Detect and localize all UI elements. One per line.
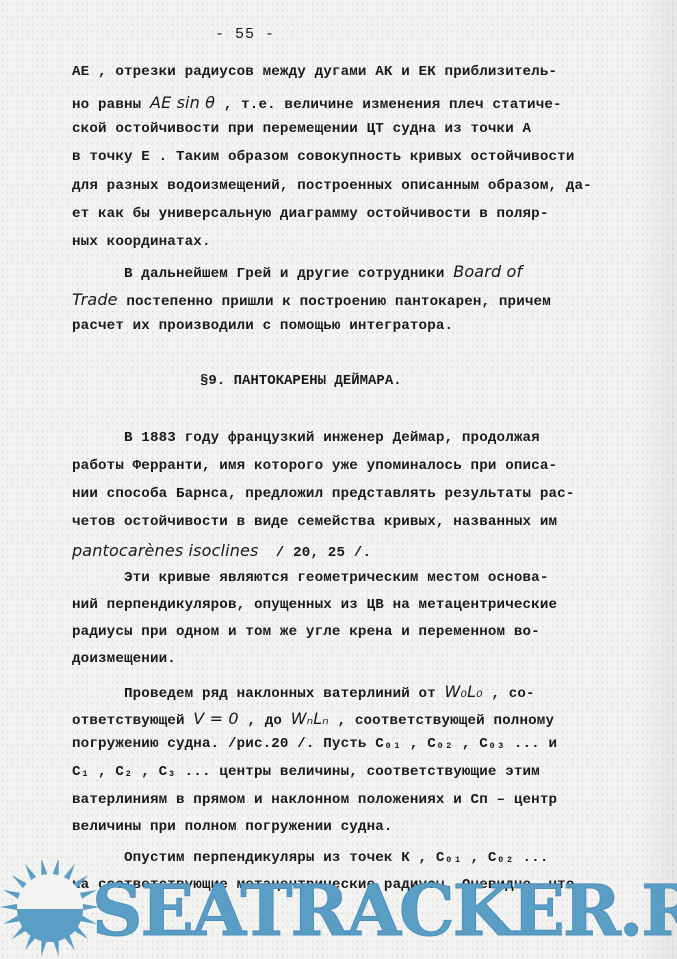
text-line: но равны AE sin θ , т.е. величине измене… [72,93,562,113]
text-line: для разных водоизмещений, построенных оп… [72,178,592,194]
text-line: в точку Е . Таким образом совокупность к… [72,149,575,165]
text-line: ответствующей V = 0 , до WₙLₙ , соответс… [72,709,554,729]
page-shadow [637,0,677,959]
text-line: ватерлиниям в прямом и наклонном положен… [72,792,557,808]
text-line: нии способа Барнса, предложил представля… [72,486,575,502]
text-line: работы Ферранти, имя которого уже упомин… [72,458,557,474]
text-line: ний перпендикуляров, опущенных из ЦВ на … [72,597,557,613]
text-line: ской остойчивости при перемещении ЦТ суд… [72,121,531,137]
text-line: Проведем ряд наклонных ватерлиний от W₀L… [72,682,535,702]
watermark-text: SEATRACKER.RU [92,876,677,946]
page-number: - 55 - [0,26,490,43]
text-line: радиусы при одном и том же угле крена и … [72,624,540,640]
text-line: В дальнейшем Грей и другие сотрудники Bo… [72,262,522,282]
text-line: Эти кривые являются геометрическим место… [72,570,549,586]
text-line: расчет их производили с помощью интеграт… [72,318,453,334]
section-heading: §9. ПАНТОКАРЕНЫ ДЕЙМАРА. [200,373,402,389]
text-line: погружению судна. /рис.20 /. Пусть C₀₁ ,… [72,736,557,752]
text-line: ет как бы универсальную диаграмму остойч… [72,206,549,222]
text-line: величины при полном погружении судна. [72,819,393,835]
text-line: доизмещении. [72,651,176,667]
text-line: C₁ , C₂ , C₃ ... центры величины, соотве… [72,764,540,780]
scanned-page: - 55 - АЕ , отрезки радиусов между дугам… [0,0,677,959]
text-line: ных координатах. [72,234,211,250]
text-line: четов остойчивости в виде семейства крив… [72,514,557,530]
text-line: АЕ , отрезки радиусов между дугами АК и … [72,64,557,80]
text-line: В 1883 году французкий инженер Деймар, п… [72,430,540,446]
text-line: Trade постепенно пришли к построению пан… [72,290,551,310]
text-line: pantocarènes isoclines / 20, 25 /. [72,541,371,561]
